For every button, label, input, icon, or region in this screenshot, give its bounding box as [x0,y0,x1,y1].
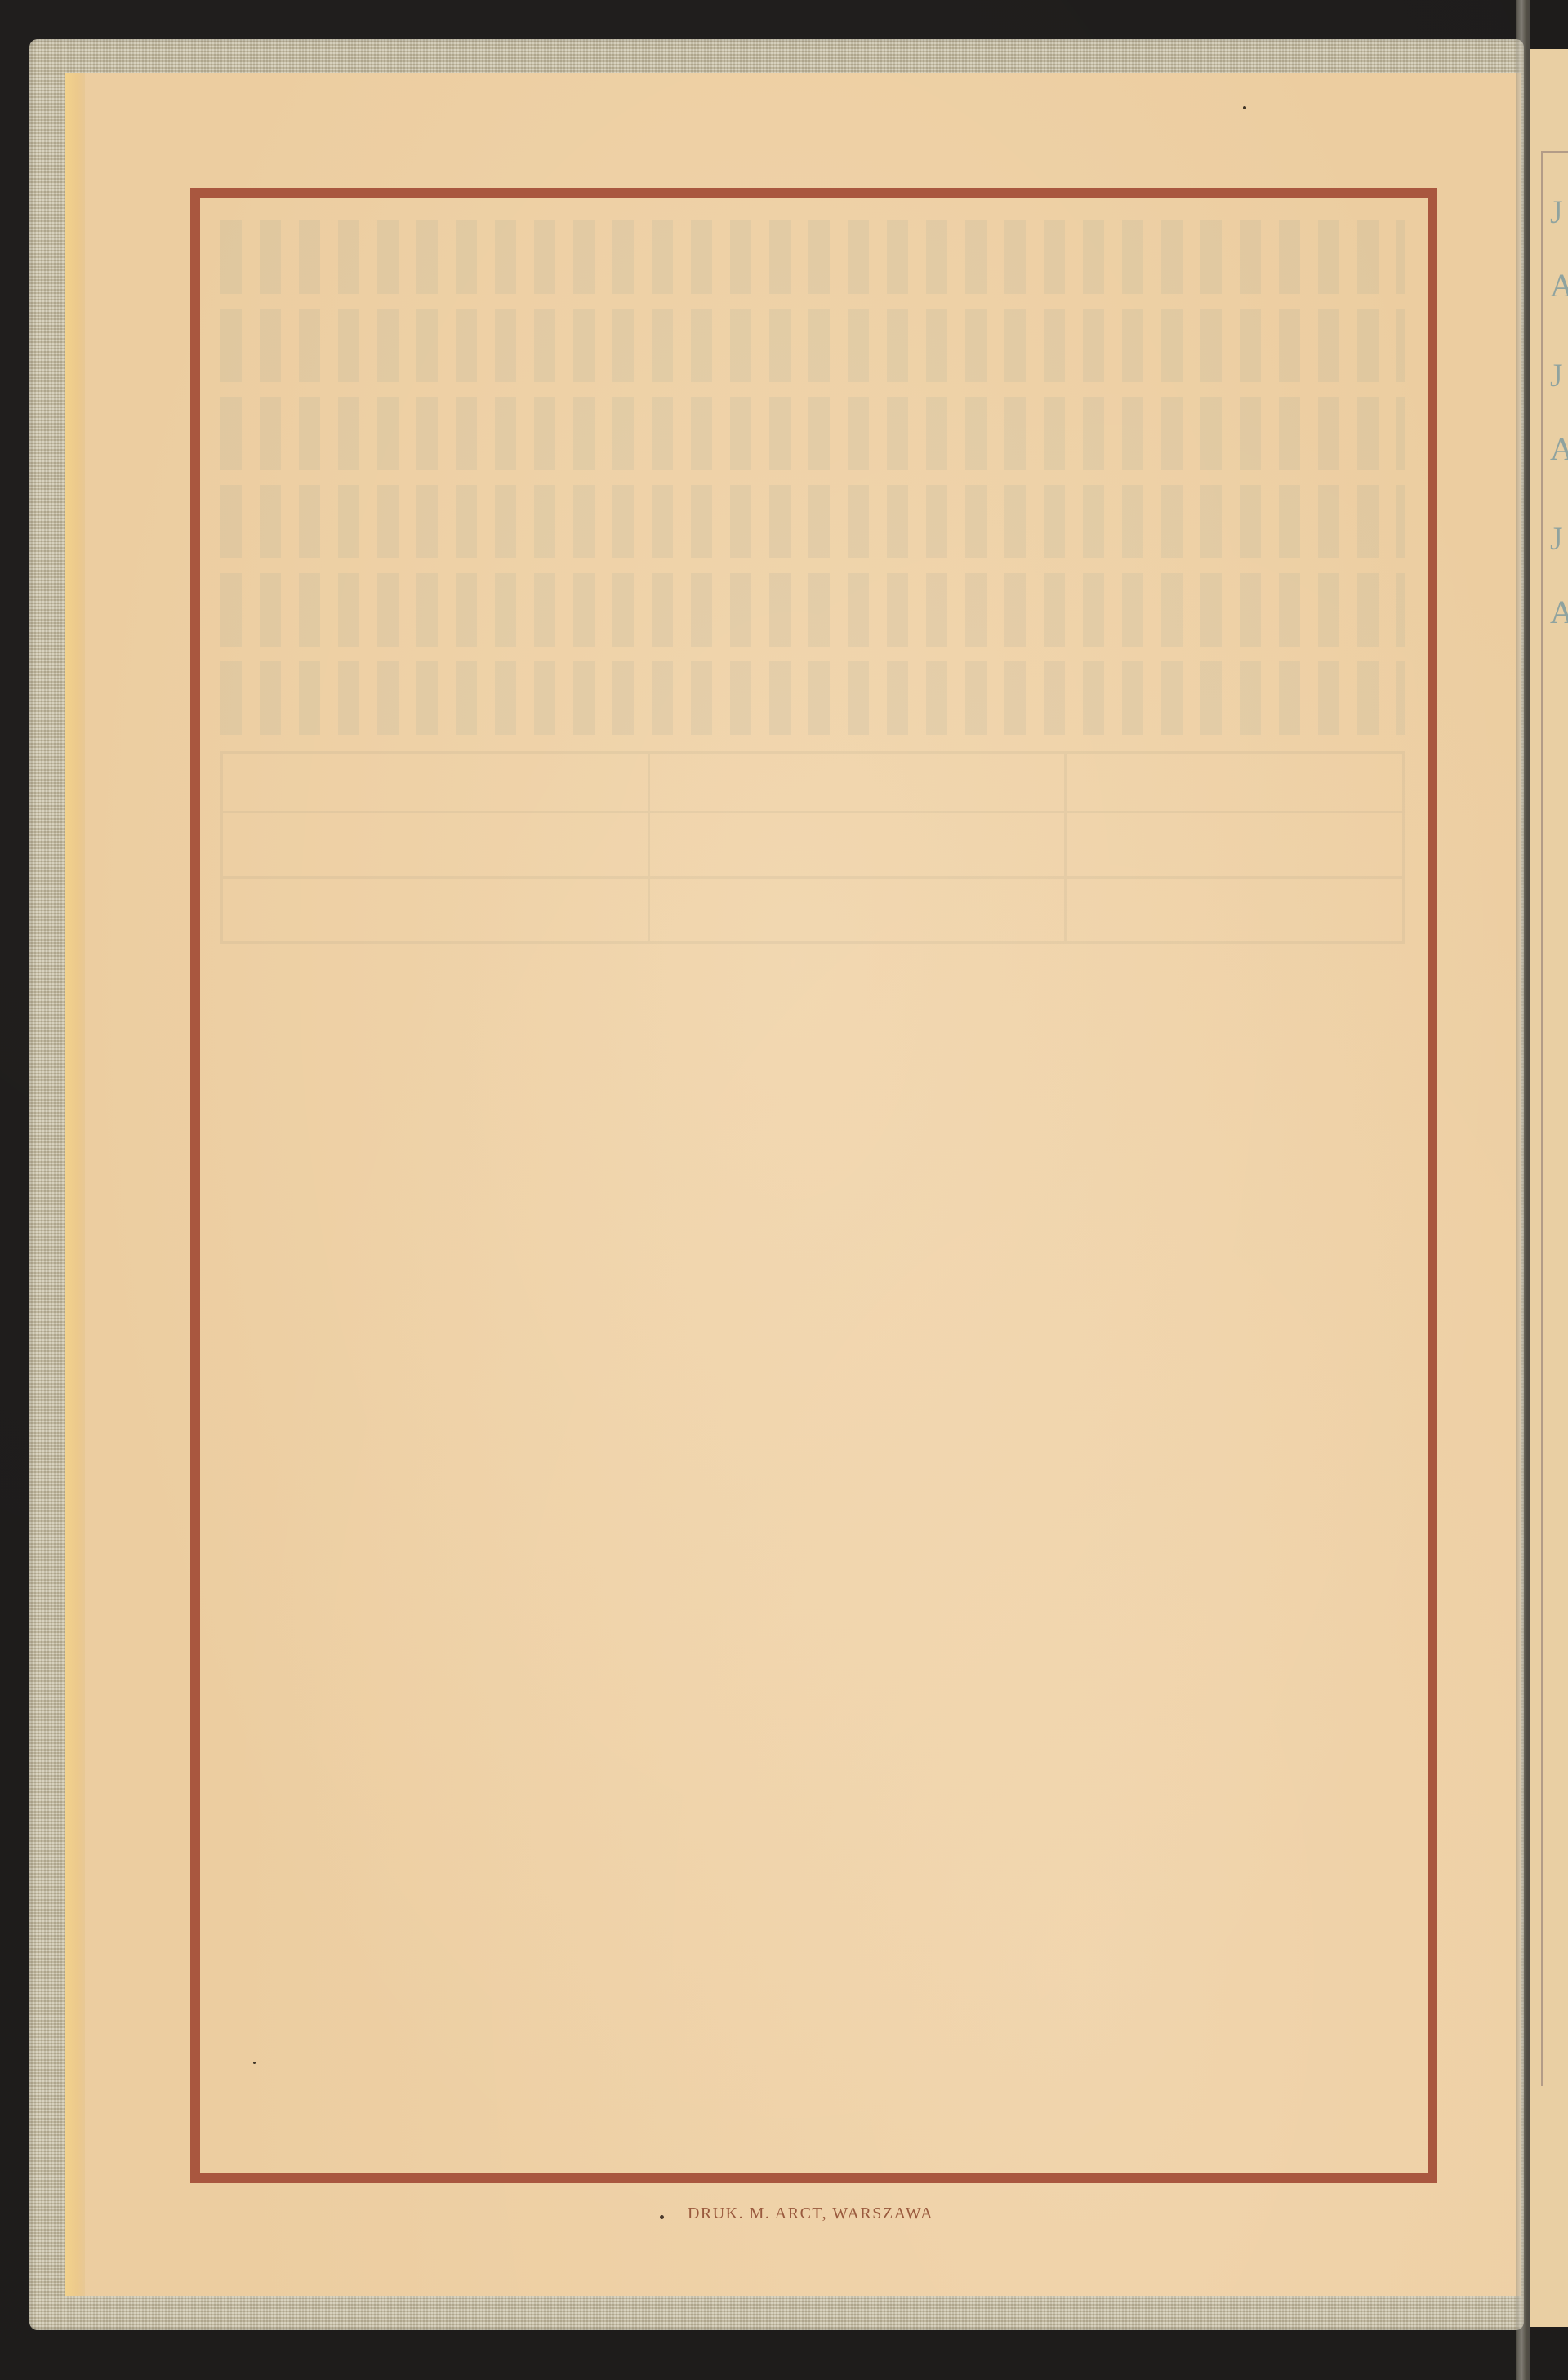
adjacent-page-glyph: J [1550,523,1568,555]
paper-speck [1243,106,1246,109]
printed-red-frame [190,188,1437,2183]
glass-page-holder [1516,0,1530,2380]
paper-speck [253,2062,256,2064]
adjacent-page-glyph: J [1550,196,1568,229]
printer-imprint: DRUK. M. ARCT, WARSZAWA [0,2204,1568,2223]
page-edge-stack [65,73,85,2296]
adjacent-page-glyph: A [1550,596,1568,629]
adjacent-page-glyph: A [1550,269,1568,302]
adjacent-page-glyph: A [1550,433,1568,465]
adjacent-page-glyph: J [1550,359,1568,392]
